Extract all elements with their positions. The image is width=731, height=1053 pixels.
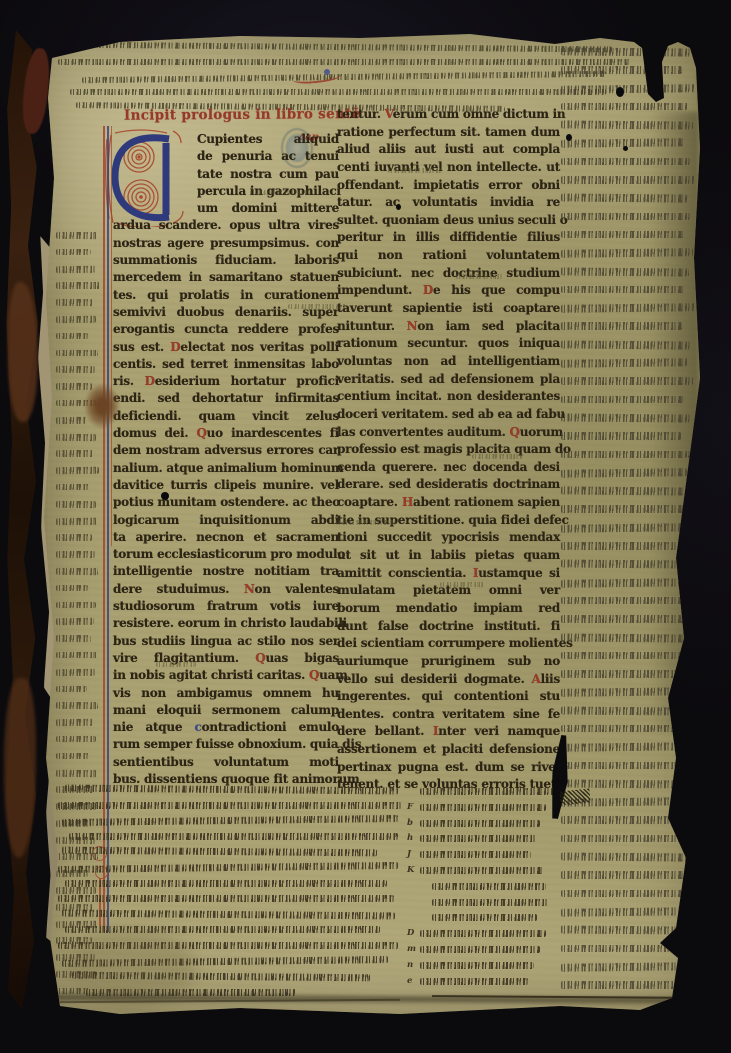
gloss-line [561, 633, 687, 642]
gloss-line [561, 158, 691, 166]
gloss-marker-letter: J [407, 851, 417, 858]
gloss-marker-letter: D [407, 930, 417, 937]
gloss-line [61, 815, 397, 826]
gloss-line [56, 366, 95, 373]
text-line: percula in gazophilaci [197, 183, 339, 200]
gloss-line [69, 833, 398, 840]
gloss-row [407, 788, 561, 795]
gloss-line [561, 303, 695, 312]
gloss-line [56, 517, 97, 524]
text-line: um domini mittere [197, 200, 339, 217]
text-line: vello sui desiderii dogmate. Aliis [337, 671, 560, 689]
gloss-line [561, 340, 692, 349]
text-line: dunt false doctrine instituti. fi [337, 618, 560, 636]
gloss-line [56, 299, 93, 306]
text-line: cenda querere. nec docenda desi [337, 459, 560, 477]
gloss-line [56, 551, 95, 558]
gloss-line [56, 635, 91, 642]
wormhole [623, 146, 628, 151]
gloss-line [561, 213, 692, 221]
gloss-line [561, 762, 681, 770]
text-line: summationis fiduciam. laboris [113, 252, 339, 269]
gloss-line [420, 820, 540, 827]
text-line: tate nostra cum pau [197, 166, 339, 183]
text-line: rationum secuntur. quos iniqua [337, 335, 560, 353]
text-line: derare. sed desideratis doctrinam [337, 476, 560, 494]
gloss-line [561, 505, 684, 513]
text-line: in nobis agitat christi caritas. Quam [113, 667, 339, 684]
gloss-line [420, 962, 534, 969]
text-line: dentes. contra veritatem sine fe [337, 706, 560, 724]
gloss-line [58, 59, 630, 65]
gloss-line [561, 835, 684, 843]
gloss-marker-letter: b [407, 820, 417, 827]
manuscript-photo: Incipit prologus in libro sentē cap [0, 0, 731, 1053]
text-line: nituntur. Non iam sed placita [337, 318, 560, 336]
ink-blot [396, 204, 401, 210]
text-line: dem nostram adversus errores car [113, 442, 339, 459]
gloss-row: e [407, 978, 561, 985]
gloss-line [561, 121, 694, 130]
main-text-column-1: Cupientes aliquidde penuria ac tenuitate… [113, 131, 339, 788]
gloss-row: m [407, 946, 561, 953]
text-line: tatur. ac voluntatis invidia re [337, 194, 560, 212]
text-line: vire flagitantium. Quas bigas [113, 650, 339, 667]
gloss-row: F [407, 804, 561, 811]
ink-blot [161, 492, 169, 500]
gloss-line [56, 652, 97, 659]
gloss-line [56, 249, 91, 256]
gloss-line [561, 103, 688, 111]
text-line: las convertentes auditum. Quorum [337, 424, 560, 442]
gloss-marker-letter: n [407, 962, 417, 969]
wormhole [566, 134, 572, 141]
gloss-line [561, 413, 691, 422]
gloss-line [58, 42, 612, 53]
gloss-line [561, 66, 682, 74]
text-line: dei scientiam corrumpere molientes [337, 635, 560, 653]
text-line: dere studuimus. Non valentes [113, 581, 339, 598]
text-line: centi iuvanti vel non intellecte. ut [337, 159, 560, 177]
gloss-line [420, 930, 546, 937]
gloss-line [420, 835, 537, 842]
text-line: qui non rationi voluntatem [337, 247, 560, 265]
gloss-line [420, 946, 540, 953]
text-line: impendunt. De his que compu [337, 282, 560, 300]
gloss-line [561, 451, 693, 459]
text-line: voluntas non ad intelligentiam [337, 353, 560, 371]
gloss-line [56, 501, 96, 508]
gloss-line [56, 433, 97, 440]
gloss-line [432, 899, 549, 906]
gloss-line [58, 802, 401, 809]
gloss-line [432, 914, 537, 921]
text-line: sus est. Delectat nos veritas polli [113, 339, 339, 356]
gloss-line [561, 231, 684, 239]
right-margin-gloss [561, 48, 699, 989]
gloss-line [420, 788, 556, 795]
text-line: studiosorum fratrum votis iure [113, 598, 339, 615]
gloss-line [561, 907, 691, 916]
gloss-line [56, 618, 94, 625]
text-line: semivivi duobus denariis. super [113, 304, 339, 321]
wormhole [616, 87, 624, 97]
text-line: Cupientes aliquid [197, 131, 339, 148]
text-line: nalium. atque animalium hominum [113, 460, 339, 477]
gloss-line [561, 286, 685, 294]
gloss-line [56, 232, 97, 239]
text-line: centium incitat. non desiderantes [337, 388, 560, 406]
text-line: rum semper fuisse obnoxium. quia dis [113, 736, 339, 753]
gloss-line [56, 534, 92, 541]
text-line: veritatis. sed ad defensionem pla [337, 371, 560, 389]
gloss-line [561, 652, 693, 660]
text-line: ut sit ut in labiis pietas quam [337, 547, 560, 565]
text-line: dere bellant. Inter veri namque [337, 723, 560, 741]
text-line: aliud aliis aut iusti aut compla [337, 141, 560, 159]
gloss-line [420, 867, 543, 874]
gloss-line [56, 686, 87, 693]
text-line: doceri veritatem. sed ab ea ad fabu [337, 406, 560, 424]
gloss-line [561, 578, 692, 587]
gloss-marker-letter: K [407, 867, 417, 874]
gloss-line [56, 585, 88, 592]
text-line: centis. sed terret inmensitas labo [113, 356, 339, 373]
gloss-line [561, 962, 687, 971]
gloss-row [407, 899, 561, 906]
text-line: borum mendatio impiam red [337, 600, 560, 618]
text-line: nie atque contradictioni emulo [113, 719, 339, 736]
text-line: amittit conscientia. Iustamque si [337, 565, 560, 583]
gloss-line [561, 542, 695, 550]
gloss-marker-letter: h [407, 835, 417, 842]
text-line: endi. sed dehortatur infirmitas [113, 390, 339, 407]
text-line: vis non ambigamus omnem hu [113, 685, 339, 702]
text-line: erogantis cuncta reddere profes [113, 321, 339, 338]
gloss-line [561, 981, 680, 989]
gloss-line [56, 383, 92, 390]
gloss-line [561, 176, 695, 184]
gloss-row: b [407, 820, 561, 827]
gloss-row: D [407, 930, 561, 937]
gloss-row [407, 914, 561, 921]
text-line: sentientibus voluntatum moti [113, 754, 339, 771]
bottom-margin-gloss-mid: F b h J K [407, 788, 561, 985]
text-line: mercedem in samaritano statuen [113, 269, 339, 286]
gloss-line [56, 702, 98, 709]
ruled-border-line-red [111, 126, 112, 546]
text-line: domus dei. Quo inardescentes fi [113, 425, 339, 442]
gloss-line [56, 568, 98, 575]
gloss-line [56, 417, 86, 424]
gloss-line [420, 851, 531, 858]
gloss-marker-letter: e [407, 978, 417, 985]
gloss-line [561, 853, 689, 862]
text-line: davitice turris clipeis munire. vel [113, 477, 339, 494]
gloss-line [561, 670, 684, 678]
gloss-line [561, 432, 681, 440]
text-line: offendant. impietatis error obni [337, 177, 560, 195]
text-line: intelligentie nostre notitiam tra [113, 563, 339, 580]
text-line: tentur. Verum cum omne dictum in [337, 106, 560, 124]
gloss-line [56, 736, 96, 743]
gloss-line [56, 753, 90, 760]
text-line: coaptare. Habent rationem sapien [337, 494, 560, 512]
gloss-line [561, 706, 688, 715]
gloss-line [56, 484, 89, 491]
gloss-line [56, 333, 88, 340]
gloss-line [65, 785, 398, 795]
gloss-line [561, 560, 685, 569]
text-line: sultet. quoniam deus unius seculi o [337, 212, 560, 230]
text-line: de penuria ac tenui [197, 148, 339, 165]
text-line: mulatam pietatem omni ver [337, 582, 560, 600]
gloss-line [561, 194, 687, 203]
gloss-line [56, 316, 97, 323]
text-line: tie in superstitione. quia fidei defec [337, 512, 560, 530]
gloss-marker-letter: F [407, 804, 417, 811]
text-line: mani eloquii sermonem calump [113, 702, 339, 719]
gloss-marker-letter: m [407, 946, 417, 953]
gloss-line [56, 467, 99, 474]
gloss-line [561, 267, 689, 276]
text-line: resistere. eorum in christo laudabili [113, 615, 339, 632]
gloss-line [561, 468, 687, 477]
gloss-line [420, 978, 528, 985]
text-line: peritur in illis diffidentie filius [337, 229, 560, 247]
gloss-line [56, 265, 95, 272]
text-line: pertinax pugna est. dum se rivei [337, 759, 560, 777]
text-line: ta aperire. necnon et sacramen [113, 529, 339, 546]
gloss-row: h [407, 835, 561, 842]
text-line: deficiendi. quam vincit zelus [113, 408, 339, 425]
gloss-line [432, 883, 546, 890]
gloss-row: K [407, 867, 561, 874]
gloss-line [56, 450, 93, 457]
gloss-line [561, 322, 682, 330]
gloss-row [407, 883, 561, 890]
gloss-line [561, 615, 691, 623]
gloss-line [561, 597, 682, 605]
text-line: torum ecclesiasticorum pro modulo [113, 546, 339, 563]
text-line: professio est magis placita quam do [337, 441, 560, 459]
gloss-line [56, 668, 95, 675]
gloss-line [561, 779, 691, 788]
gloss-line [56, 719, 93, 726]
gloss-line [561, 523, 689, 532]
gloss-line [65, 880, 387, 887]
gloss-line [420, 804, 546, 811]
gloss-line [561, 84, 695, 93]
gloss-line [58, 895, 394, 902]
text-line: subiciunt. nec doctrine studium [337, 265, 560, 283]
gloss-line [56, 350, 98, 357]
blue-pen-dot [324, 69, 330, 75]
text-line: logicarum inquisitionum abdi [113, 512, 339, 529]
gloss-line [561, 248, 694, 257]
gloss-line [561, 725, 685, 733]
text-line: ratione perfectum sit. tamen dum [337, 124, 560, 142]
gloss-line [70, 89, 606, 95]
gloss-line [56, 602, 96, 609]
gloss-line [61, 909, 394, 919]
gloss-line [561, 396, 685, 404]
text-line: taverunt sapientie isti coaptare [337, 300, 560, 318]
gloss-line [56, 769, 97, 776]
gloss-line [61, 847, 376, 857]
gloss-line [561, 487, 692, 496]
text-line: tioni succedit ypocrisis mendax [337, 529, 560, 547]
text-line: ris. Desiderium hortatur profici [113, 373, 339, 390]
gloss-line [58, 862, 398, 873]
text-line: tes. qui prolatis in curationem [113, 287, 339, 304]
gloss-line [82, 71, 607, 83]
text-line: assertionem et placiti defensione [337, 741, 560, 759]
parchment-page: Incipit prologus in libro sentē cap [36, 22, 704, 1022]
rubric-incipit: Incipit prologus in libro sentē [124, 106, 356, 124]
gloss-row: J [407, 851, 561, 858]
text-line: ingerentes. qui contentioni stu [337, 688, 560, 706]
text-line: auriumque pruriginem sub no [337, 653, 560, 671]
gloss-row: n [407, 962, 561, 969]
gloss-line [561, 377, 693, 385]
gloss-line [561, 47, 692, 56]
gloss-line [56, 282, 100, 289]
gloss-line [561, 742, 694, 751]
gloss-line [561, 358, 688, 367]
gloss-line [561, 926, 682, 935]
gloss-line [561, 871, 693, 879]
gloss-line [561, 890, 685, 898]
text-line: potius munitam ostendere. ac theo [113, 494, 339, 511]
text-line: ardua scandere. opus ultra vires [113, 217, 339, 234]
text-line: bus studiis lingua ac stilo nos ser [113, 633, 339, 650]
main-text-column-2: tentur. Verum cum omne dictum inratione … [337, 106, 560, 794]
text-line: nostras agere presumpsimus. con [113, 235, 339, 252]
